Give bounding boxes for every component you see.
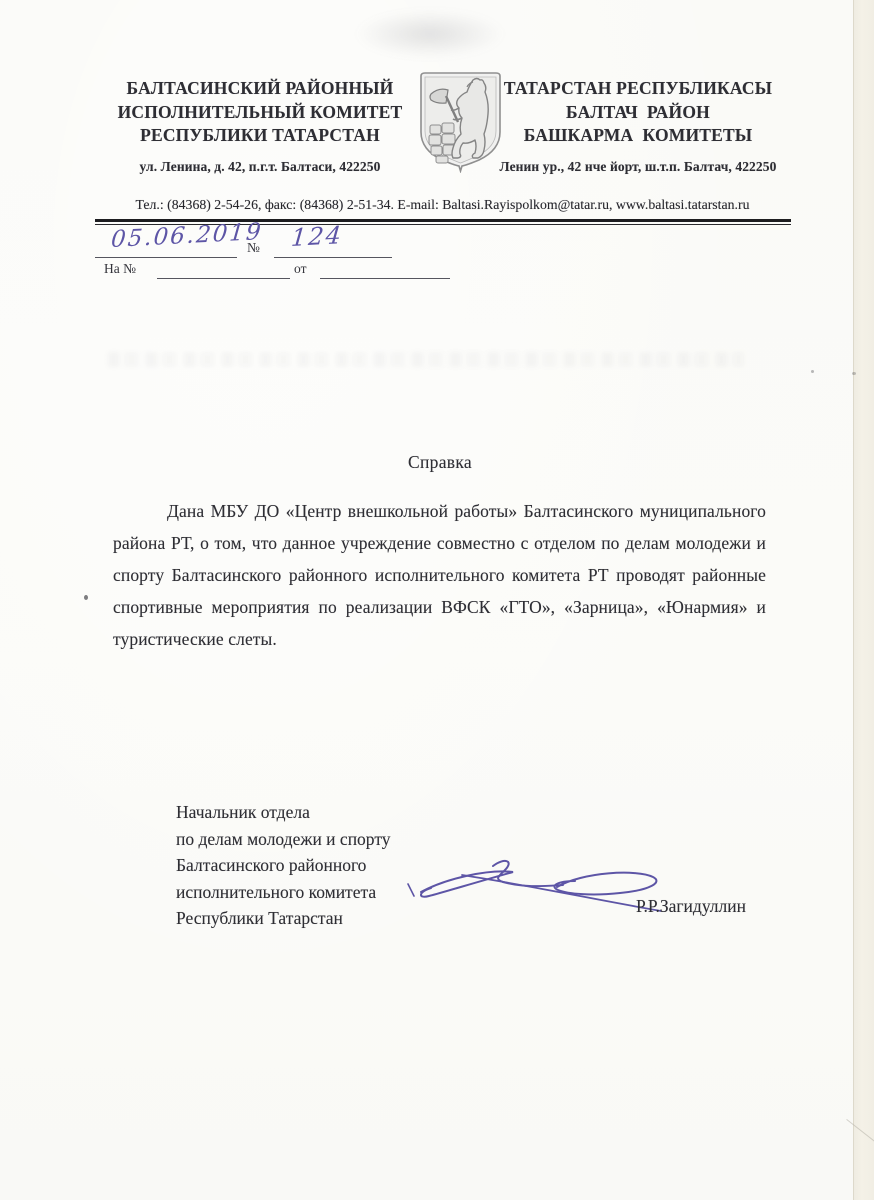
letterhead-left-line: ИСПОЛНИТЕЛЬНЫЙ КОМИТЕТ <box>95 101 425 125</box>
date-underline <box>95 256 237 258</box>
reply-to-label: На № <box>104 261 136 277</box>
document-title: Справка <box>95 452 785 473</box>
reply-date-underline <box>320 277 450 279</box>
signature-position-line: исполнительного комитета <box>176 879 391 906</box>
signature-position-line: по делам молодежи и спорту <box>176 826 391 853</box>
reply-from-label: от <box>294 261 306 277</box>
signature-position-line: Начальник отдела <box>176 799 391 826</box>
letterhead-right-line: БАЛТАЧ РАЙОН <box>478 101 798 125</box>
letterhead-left-line: РЕСПУБЛИКИ ТАТАРСТАН <box>95 124 425 148</box>
scan-speck-artifact <box>811 370 814 373</box>
letterhead-right-line: ТАТАРСТАН РЕСПУБЛИКАСЫ <box>478 77 798 101</box>
scan-speck-artifact <box>84 595 88 600</box>
number-underline <box>274 256 392 258</box>
letterhead-left-line: БАЛТАСИНСКИЙ РАЙОННЫЙ <box>95 77 425 101</box>
letterhead-right: ТАТАРСТАН РЕСПУБЛИКАСЫ БАЛТАЧ РАЙОН БАШК… <box>478 77 798 178</box>
signature-position-line: Балтасинского районного <box>176 852 391 879</box>
scan-smudge-artifact <box>355 10 505 58</box>
handwritten-number: 124 <box>290 221 344 252</box>
reply-number-underline <box>157 277 290 279</box>
contact-line: Тел.: (84368) 2-54-26, факс: (84368) 2-5… <box>85 197 800 213</box>
signer-name: Р.Р.Загидуллин <box>636 896 746 917</box>
signature-position-line: Республики Татарстан <box>176 905 391 932</box>
bleed-through-artifact <box>108 352 744 367</box>
document-body-paragraph: Дана МБУ ДО «Центр внешкольной работы» Б… <box>113 495 766 655</box>
letterhead-right-line: БАШКАРМА КОМИТЕТЫ <box>478 124 798 148</box>
scanned-letter-page: БАЛТАСИНСКИЙ РАЙОННЫЙ ИСПОЛНИТЕЛЬНЫЙ КОМ… <box>0 0 874 1200</box>
letterhead-left: БАЛТАСИНСКИЙ РАЙОННЫЙ ИСПОЛНИТЕЛЬНЫЙ КОМ… <box>95 77 425 178</box>
letterhead-right-address: Ленин ур., 42 нче йорт, ш.т.п. Балтач, 4… <box>478 155 798 179</box>
scan-speck-artifact <box>852 372 856 375</box>
signature-position-block: Начальник отдела по делам молодежи и спо… <box>176 799 391 932</box>
scan-page-edge <box>853 0 874 1200</box>
letterhead-left-address: ул. Ленина, д. 42, п.г.т. Балтаси, 42225… <box>95 155 425 179</box>
handwritten-signature <box>405 852 670 924</box>
number-sign-label: № <box>247 240 260 256</box>
